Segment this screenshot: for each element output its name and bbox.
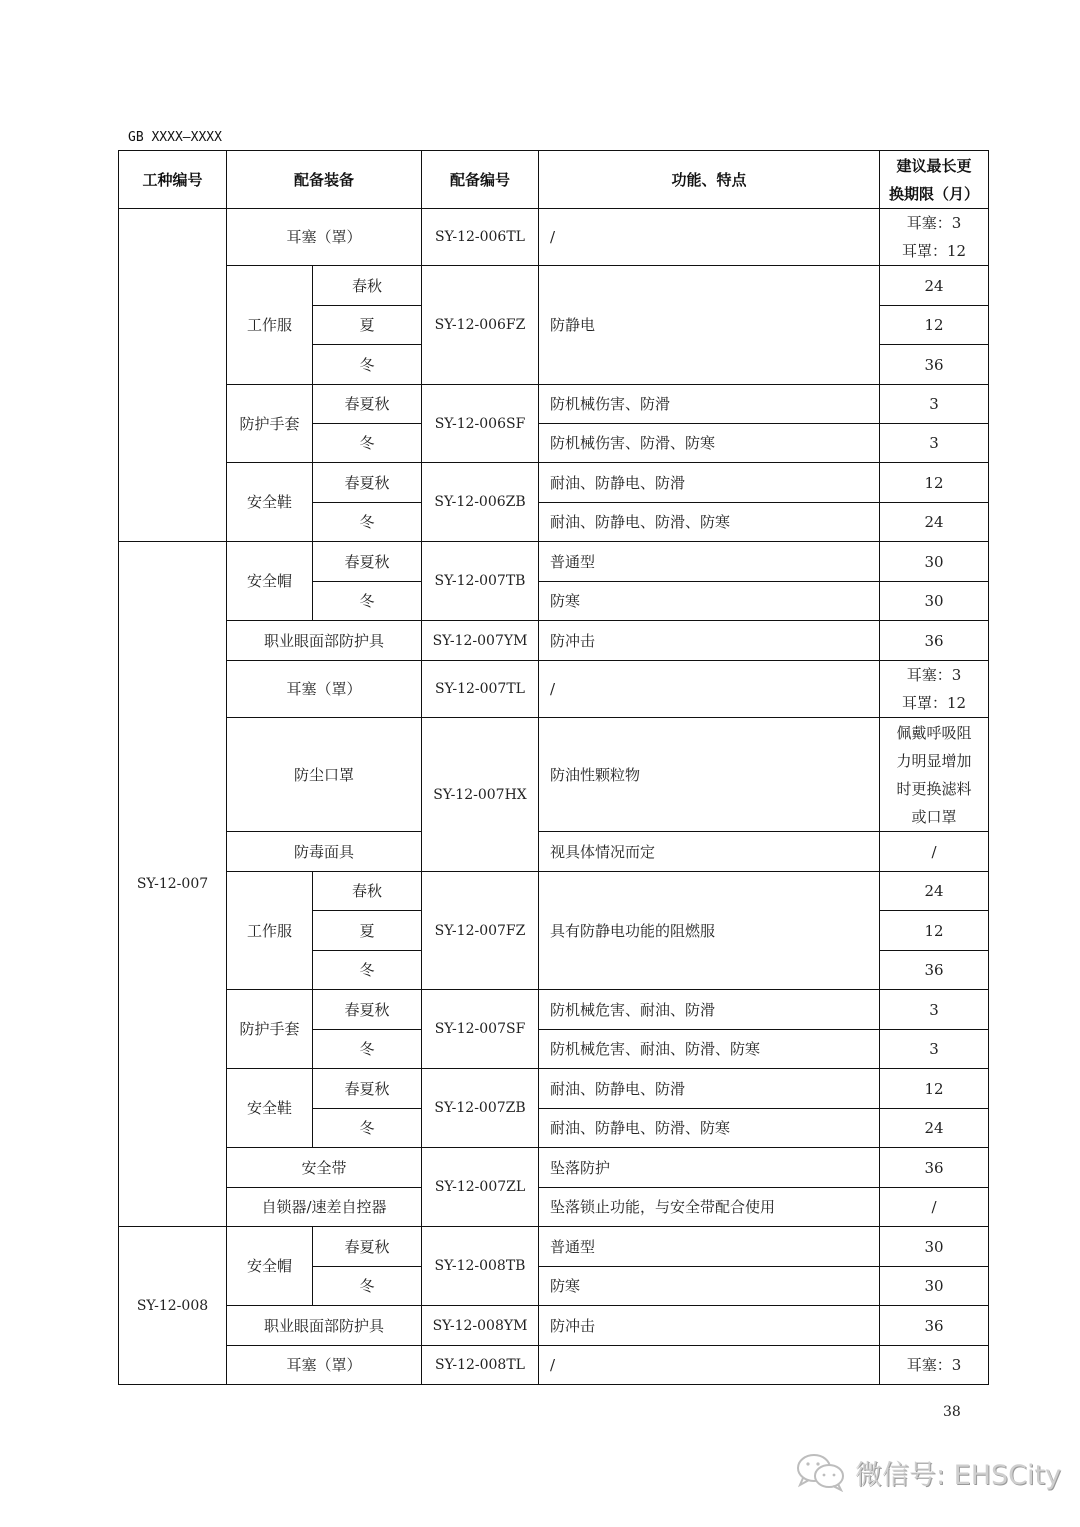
period-cell: 36 (880, 1306, 989, 1346)
feature-cell: 防静电 (539, 266, 880, 385)
col-header-equipment: 配备装备 (227, 151, 422, 209)
period-cell: 24 (880, 1109, 989, 1148)
period-cell: 24 (880, 266, 989, 306)
period-line: 耳罩：12 (880, 237, 988, 265)
equipment-code-cell: SY-12-006ZB (422, 463, 539, 542)
feature-cell: 防机械危害、耐油、防滑、防寒 (539, 1030, 880, 1069)
season-cell: 冬 (313, 1109, 422, 1148)
equipment-cell: 工作服 (227, 266, 313, 385)
equipment-code-cell: SY-12-007YM (422, 621, 539, 661)
table-row: 耳塞（罩） SY-12-007TL / 耳塞：3 耳罩：12 (119, 661, 989, 718)
period-cell: 12 (880, 1069, 989, 1109)
watermark-text: 微信号: EHSCity (855, 1453, 1061, 1492)
season-cell: 春夏秋 (313, 463, 422, 503)
equipment-cell: 耳塞（罩） (227, 209, 422, 266)
feature-cell: 视具体情况而定 (539, 832, 880, 872)
season-cell: 春夏秋 (313, 1069, 422, 1109)
period-cell: / (880, 1188, 989, 1227)
table-row: SY-12-008 安全帽 春夏秋 SY-12-008TB 普通型 30 (119, 1227, 989, 1267)
feature-cell: / (539, 1346, 880, 1385)
period-cell: 36 (880, 345, 989, 385)
period-cell: 36 (880, 951, 989, 990)
equipment-code-cell: SY-12-007ZL (422, 1148, 539, 1227)
equipment-code-cell: SY-12-008TB (422, 1227, 539, 1306)
season-cell: 夏 (313, 911, 422, 951)
feature-cell: 防冲击 (539, 621, 880, 661)
season-cell: 春夏秋 (313, 542, 422, 582)
period-cell: 36 (880, 1148, 989, 1188)
period-cell: 3 (880, 1030, 989, 1069)
table-row: 防护手套 春夏秋 SY-12-007SF 防机械危害、耐油、防滑 3 (119, 990, 989, 1030)
table-row: 职业眼面部防护具 SY-12-008YM 防冲击 36 (119, 1306, 989, 1346)
table-row: 防毒面具 视具体情况而定 / (119, 832, 989, 872)
table-row: 工作服 春秋 SY-12-007FZ 具有防静电功能的阻燃服 24 (119, 872, 989, 911)
standard-code: GB XXXX—XXXX (128, 130, 222, 145)
col-header-equipment-code: 配备编号 (422, 151, 539, 209)
period-cell: 12 (880, 911, 989, 951)
equipment-cell: 防护手套 (227, 385, 313, 463)
equipment-cell: 安全鞋 (227, 463, 313, 542)
period-cell: 佩戴呼吸阻 力明显增加 时更换滤料 或口罩 (880, 718, 989, 832)
equipment-cell: 安全帽 (227, 1227, 313, 1306)
job-code-cell: SY-12-008 (119, 1227, 227, 1385)
feature-cell: 普通型 (539, 1227, 880, 1267)
season-cell: 冬 (313, 1267, 422, 1306)
equipment-code-cell: SY-12-008TL (422, 1346, 539, 1385)
period-cell: 3 (880, 990, 989, 1030)
table-row: SY-12-007 安全帽 春夏秋 SY-12-007TB 普通型 30 (119, 542, 989, 582)
col-header-period: 建议最长更 换期限（月） (880, 151, 989, 209)
table-row: 安全鞋 春夏秋 SY-12-007ZB 耐油、防静电、防滑 12 (119, 1069, 989, 1109)
table-row: 防尘口罩 SY-12-007HX 防油性颗粒物 佩戴呼吸阻 力明显增加 时更换滤… (119, 718, 989, 832)
table-row: 安全带 SY-12-007ZL 坠落防护 36 (119, 1148, 989, 1188)
feature-cell: 防机械伤害、防滑、防寒 (539, 424, 880, 463)
period-cell: 30 (880, 542, 989, 582)
col-header-period-line2: 换期限（月） (880, 180, 988, 208)
equipment-cell: 安全鞋 (227, 1069, 313, 1148)
season-cell: 冬 (313, 345, 422, 385)
season-cell: 春秋 (313, 872, 422, 911)
equipment-code-cell: SY-12-006FZ (422, 266, 539, 385)
equipment-cell: 耳塞（罩） (227, 1346, 422, 1385)
period-cell: 耳塞：3 耳罩：12 (880, 661, 989, 718)
period-cell: 耳塞：3 (880, 1346, 989, 1385)
feature-cell: 耐油、防静电、防滑、防寒 (539, 503, 880, 542)
equipment-code-cell: SY-12-007ZB (422, 1069, 539, 1148)
equipment-code-cell: SY-12-007HX (422, 718, 539, 872)
equipment-cell: 安全帽 (227, 542, 313, 621)
period-cell: 30 (880, 1227, 989, 1267)
equipment-code-cell: SY-12-006SF (422, 385, 539, 463)
feature-cell: 耐油、防静电、防滑 (539, 1069, 880, 1109)
season-cell: 冬 (313, 582, 422, 621)
season-cell: 冬 (313, 503, 422, 542)
col-header-period-line1: 建议最长更 (880, 152, 988, 180)
table-row: 职业眼面部防护具 SY-12-007YM 防冲击 36 (119, 621, 989, 661)
season-cell: 春夏秋 (313, 1227, 422, 1267)
ppe-equipment-table: 工种编号 配备装备 配备编号 功能、特点 建议最长更 换期限（月） 耳塞（罩） … (118, 150, 989, 1385)
equipment-code-cell: SY-12-007SF (422, 990, 539, 1069)
period-cell: / (880, 832, 989, 872)
table-row: 耳塞（罩） SY-12-006TL / 耳塞：3 耳罩：12 (119, 209, 989, 266)
feature-cell: 坠落防护 (539, 1148, 880, 1188)
equipment-cell: 自锁器/速差自控器 (227, 1188, 422, 1227)
period-line: 耳塞：3 (880, 661, 988, 689)
feature-cell: / (539, 661, 880, 718)
job-code-cell (119, 209, 227, 542)
col-header-feature: 功能、特点 (539, 151, 880, 209)
col-header-job-code: 工种编号 (119, 151, 227, 209)
period-cell: 30 (880, 1267, 989, 1306)
feature-cell: 耐油、防静电、防滑、防寒 (539, 1109, 880, 1148)
period-cell: 36 (880, 621, 989, 661)
feature-cell: 防冲击 (539, 1306, 880, 1346)
wechat-icon (795, 1452, 849, 1492)
equipment-cell: 防尘口罩 (227, 718, 422, 832)
equipment-code-cell: SY-12-007TB (422, 542, 539, 621)
feature-cell: / (539, 209, 880, 266)
feature-cell: 防机械危害、耐油、防滑 (539, 990, 880, 1030)
equipment-cell: 防毒面具 (227, 832, 422, 872)
period-line: 佩戴呼吸阻 (880, 719, 988, 747)
season-cell: 春夏秋 (313, 385, 422, 424)
equipment-cell: 安全带 (227, 1148, 422, 1188)
equipment-cell: 工作服 (227, 872, 313, 990)
table-row: 耳塞（罩） SY-12-008TL / 耳塞：3 (119, 1346, 989, 1385)
table-row: 防护手套 春夏秋 SY-12-006SF 防机械伤害、防滑 3 (119, 385, 989, 424)
period-cell: 24 (880, 503, 989, 542)
period-cell: 3 (880, 385, 989, 424)
period-line: 时更换滤料 (880, 775, 988, 803)
period-line: 耳罩：12 (880, 689, 988, 717)
period-cell: 30 (880, 582, 989, 621)
equipment-cell: 耳塞（罩） (227, 661, 422, 718)
period-cell: 12 (880, 463, 989, 503)
equipment-code-cell: SY-12-008YM (422, 1306, 539, 1346)
season-cell: 冬 (313, 424, 422, 463)
period-line: 或口罩 (880, 803, 988, 831)
table-row: 安全鞋 春夏秋 SY-12-006ZB 耐油、防静电、防滑 12 (119, 463, 989, 503)
wechat-watermark: 微信号: EHSCity (795, 1452, 1061, 1492)
period-line: 力明显增加 (880, 747, 988, 775)
season-cell: 冬 (313, 951, 422, 990)
equipment-code-cell: SY-12-006TL (422, 209, 539, 266)
feature-cell: 防寒 (539, 1267, 880, 1306)
table-header-row: 工种编号 配备装备 配备编号 功能、特点 建议最长更 换期限（月） (119, 151, 989, 209)
feature-cell: 防寒 (539, 582, 880, 621)
feature-cell: 坠落锁止功能，与安全带配合使用 (539, 1188, 880, 1227)
job-code-cell: SY-12-007 (119, 542, 227, 1227)
feature-cell: 防机械伤害、防滑 (539, 385, 880, 424)
feature-cell: 耐油、防静电、防滑 (539, 463, 880, 503)
period-cell: 3 (880, 424, 989, 463)
page-number: 38 (943, 1404, 961, 1420)
season-cell: 春夏秋 (313, 990, 422, 1030)
feature-cell: 普通型 (539, 542, 880, 582)
table-row: 工作服 春秋 SY-12-006FZ 防静电 24 (119, 266, 989, 306)
period-cell: 24 (880, 872, 989, 911)
equipment-cell: 职业眼面部防护具 (227, 621, 422, 661)
season-cell: 夏 (313, 306, 422, 345)
season-cell: 春秋 (313, 266, 422, 306)
period-cell: 12 (880, 306, 989, 345)
equipment-cell: 防护手套 (227, 990, 313, 1069)
period-cell: 耳塞：3 耳罩：12 (880, 209, 989, 266)
season-cell: 冬 (313, 1030, 422, 1069)
feature-cell: 具有防静电功能的阻燃服 (539, 872, 880, 990)
equipment-code-cell: SY-12-007FZ (422, 872, 539, 990)
feature-cell: 防油性颗粒物 (539, 718, 880, 832)
equipment-cell: 职业眼面部防护具 (227, 1306, 422, 1346)
equipment-code-cell: SY-12-007TL (422, 661, 539, 718)
table-row: 自锁器/速差自控器 坠落锁止功能，与安全带配合使用 / (119, 1188, 989, 1227)
period-line: 耳塞：3 (880, 209, 988, 237)
